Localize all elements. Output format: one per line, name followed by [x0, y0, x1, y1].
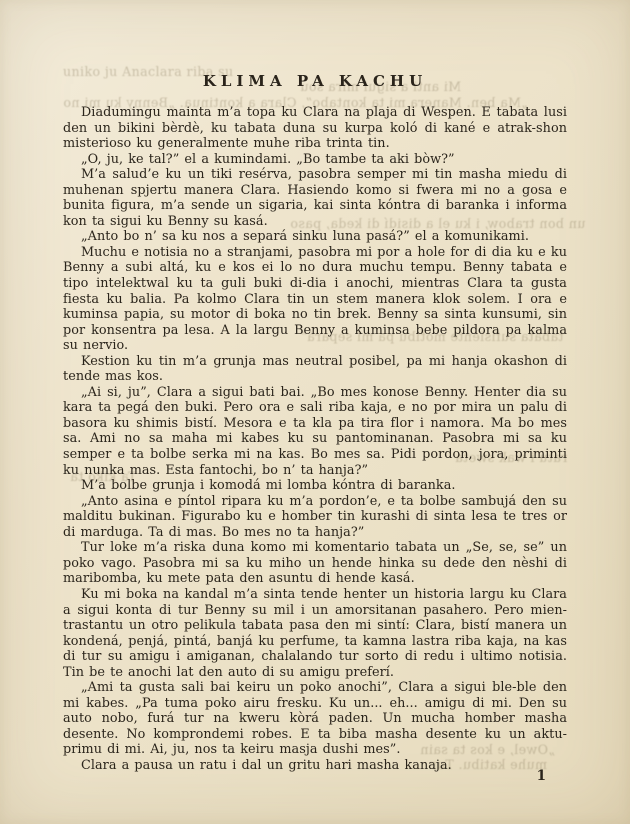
paragraph: Kestion ku tin m’a grunja mas neutral po… — [63, 354, 567, 385]
paragraph: „Ami ta gusta sali bai keiru un poko ano… — [63, 680, 567, 758]
paragraph: „Ai si, ju”, Clara a sigui bati bai. „Bo… — [63, 385, 567, 478]
book-page: uniko ju Anaclara riba suMi anti a sigui… — [0, 0, 630, 824]
paragraph: M’a bolbe grunja i komodá mi lomba kóntr… — [63, 478, 567, 494]
page-title: KLIMA PA KACHU — [63, 72, 567, 90]
paragraph: Muchu e notisia no a stranjami, pasobra … — [63, 245, 567, 354]
paragraph: Tur loke m’a riska duna komo mi komentar… — [63, 540, 567, 587]
body-text: Diadumingu mainta m’a topa ku Clara na p… — [63, 105, 567, 774]
paragraph: „O, ju, ke tal?” el a kumindami. „Bo tam… — [63, 152, 567, 168]
paragraph: Diadumingu mainta m’a topa ku Clara na p… — [63, 105, 567, 152]
paragraph: M’a salud’e ku un tiki resérva, pasobra … — [63, 167, 567, 229]
page-content: KLIMA PA KACHU Diadumingu mainta m’a top… — [63, 72, 567, 774]
paragraph: „Anto asina e píntol ripara ku m’a pordo… — [63, 494, 567, 541]
page-number: 1 — [537, 768, 546, 784]
paragraph: „Anto bo n’ sa ku nos a separá sinku lun… — [63, 229, 567, 245]
paragraph: Ku mi boka na kandal m’a sinta tende hen… — [63, 587, 567, 680]
paragraph: Clara a pausa un ratu i dal un gritu har… — [63, 758, 567, 774]
